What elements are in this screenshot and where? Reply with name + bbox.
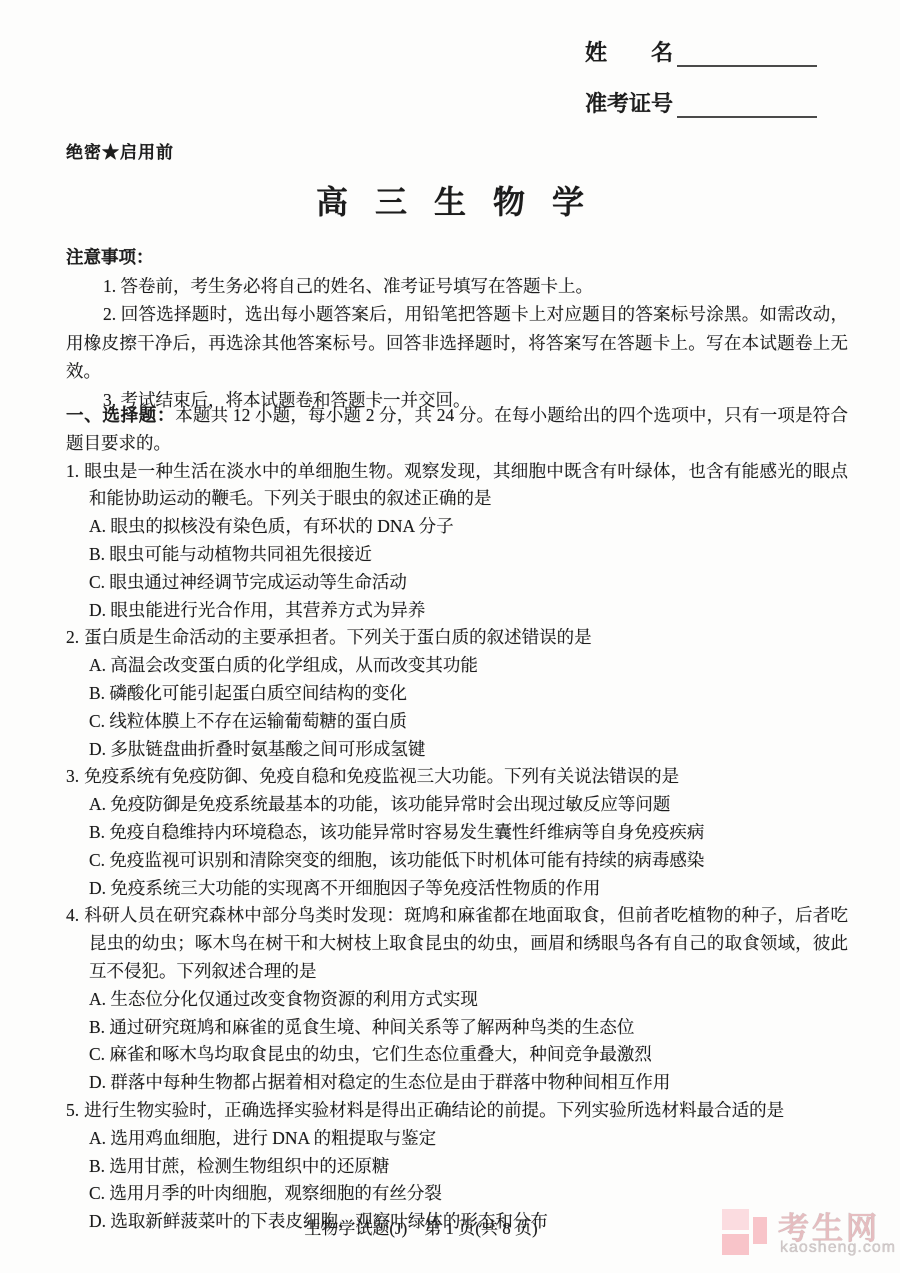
question-2: 2.蛋白质是生命活动的主要承担者。下列关于蛋白质的叙述错误的是 A. 高温会改变… [66, 624, 848, 763]
question-1-option-a: A. 眼虫的拟核没有染色质，有环状的 DNA 分子 [66, 513, 848, 541]
question-4-option-a: A. 生态位分化仅通过改变食物资源的利用方式实现 [66, 986, 848, 1014]
question-3-option-a: A. 免疫防御是免疫系统最基本的功能，该功能异常时会出现过敏反应等问题 [66, 791, 848, 819]
question-1-stem: 1.眼虫是一种生活在淡水中的单细胞生物。观察发现，其细胞中既含有叶绿体，也含有能… [66, 458, 848, 514]
question-4-number: 4. [66, 905, 79, 925]
logo-block-bottom [722, 1234, 749, 1255]
question-2-text: 蛋白质是生命活动的主要承担者。下列关于蛋白质的叙述错误的是 [84, 627, 592, 647]
questions-block: 一、选择题：本题共 12 小题，每小题 2 分，共 24 分。在每小题给出的四个… [66, 402, 848, 1236]
question-1-text: 眼虫是一种生活在淡水中的单细胞生物。观察发现，其细胞中既含有叶绿体，也含有能感光… [84, 461, 848, 509]
question-4-text: 科研人员在研究森林中部分鸟类时发现：斑鸠和麻雀都在地面取食，但前者吃植物的种子，… [84, 905, 848, 981]
question-1: 1.眼虫是一种生活在淡水中的单细胞生物。观察发现，其细胞中既含有叶绿体，也含有能… [66, 458, 848, 625]
question-4: 4.科研人员在研究森林中部分鸟类时发现：斑鸠和麻雀都在地面取食，但前者吃植物的种… [66, 902, 848, 1097]
section-heading: 一、选择题：本题共 12 小题，每小题 2 分，共 24 分。在每小题给出的四个… [66, 402, 848, 458]
question-3-stem: 3.免疫系统有免疫防御、免疫自稳和免疫监视三大功能。下列有关说法错误的是 [66, 763, 848, 791]
question-2-option-a: A. 高温会改变蛋白质的化学组成，从而改变其功能 [66, 652, 848, 680]
question-2-number: 2. [66, 627, 79, 647]
candidate-fields: 姓名 准考证号 [585, 36, 860, 138]
question-3-option-b: B. 免疫自稳维持内环境稳态，该功能异常时容易发生囊性纤维病等自身免疫疾病 [66, 819, 848, 847]
question-1-option-c: C. 眼虫通过神经调节完成运动等生命活动 [66, 569, 848, 597]
secrecy-notice: 绝密★启用前 [66, 138, 174, 163]
name-label: 姓名 [585, 36, 673, 67]
exam-id-label: 准考证号 [585, 87, 673, 118]
question-4-option-d: D. 群落中每种生物都占据着相对稳定的生态位是由于群落中物种间相互作用 [66, 1069, 848, 1097]
name-blank-line [677, 38, 817, 68]
instruction-item: 1. 答卷前，考生务必将自己的姓名、准考证号填写在答题卡上。 [66, 272, 848, 301]
kaosheng-watermark: 考生网 kaosheng.com [722, 1205, 892, 1261]
instructions-block: 注意事项： 1. 答卷前，考生务必将自己的姓名、准考证号填写在答题卡上。 2. … [66, 243, 848, 414]
question-5-option-a: A. 选用鸡血细胞，进行 DNA 的粗提取与鉴定 [66, 1125, 848, 1153]
logo-block-right [753, 1217, 767, 1244]
exam-paper-page: 姓名 准考证号 绝密★启用前 高三生物学 注意事项： 1. 答卷前，考生务必将自… [0, 0, 900, 1273]
question-4-option-b: B. 通过研究斑鸠和麻雀的觅食生境、种间关系等了解两种鸟类的生态位 [66, 1014, 848, 1042]
question-1-number: 1. [66, 461, 79, 481]
question-3-option-d: D. 免疫系统三大功能的实现离不开细胞因子等免疫活性物质的作用 [66, 875, 848, 903]
paper-title: 高三生物学 [0, 177, 900, 223]
question-5-text: 进行生物实验时，正确选择实验材料是得出正确结论的前提。下列实验所选材料最合适的是 [84, 1100, 784, 1120]
question-1-option-d: D. 眼虫能进行光合作用，其营养方式为异养 [66, 597, 848, 625]
question-2-option-d: D. 多肽链盘曲折叠时氨基酸之间可形成氢键 [66, 736, 848, 764]
watermark-site-url: kaosheng.com [780, 1239, 896, 1257]
question-5-stem: 5.进行生物实验时，正确选择实验材料是得出正确结论的前提。下列实验所选材料最合适… [66, 1097, 848, 1125]
logo-block-light [722, 1209, 749, 1230]
question-1-option-b: B. 眼虫可能与动植物共同祖先很接近 [66, 541, 848, 569]
instruction-item: 2. 回答选择题时，选出每小题答案后，用铅笔把答题卡上对应题目的答案标号涂黑。如… [66, 300, 848, 386]
question-2-stem: 2.蛋白质是生命活动的主要承担者。下列关于蛋白质的叙述错误的是 [66, 624, 848, 652]
kaosheng-logo-icon [722, 1209, 768, 1257]
question-4-option-c: C. 麻雀和啄木鸟均取食昆虫的幼虫，它们生态位重叠大，种间竞争最激烈 [66, 1041, 848, 1069]
question-3-option-c: C. 免疫监视可识别和清除突变的细胞，该功能低下时机体可能有持续的病毒感染 [66, 847, 848, 875]
exam-id-blank-line [677, 89, 817, 119]
question-2-option-c: C. 线粒体膜上不存在运输葡萄糖的蛋白质 [66, 708, 848, 736]
question-4-stem: 4.科研人员在研究森林中部分鸟类时发现：斑鸠和麻雀都在地面取食，但前者吃植物的种… [66, 902, 848, 985]
section-heading-desc: 本题共 12 小题，每小题 2 分，共 24 分。在每小题给出的四个选项中，只有… [66, 405, 848, 453]
question-2-option-b: B. 磷酸化可能引起蛋白质空间结构的变化 [66, 680, 848, 708]
question-3-number: 3. [66, 766, 79, 786]
question-5-option-c: C. 选用月季的叶肉细胞，观察细胞的有丝分裂 [66, 1180, 848, 1208]
page-number-label: 生物学试题(J) 第 1 页(共 8 页) [304, 1219, 537, 1238]
question-5-number: 5. [66, 1100, 79, 1120]
question-3-text: 免疫系统有免疫防御、免疫自稳和免疫监视三大功能。下列有关说法错误的是 [84, 766, 679, 786]
exam-id-field-row: 准考证号 [585, 87, 860, 118]
instructions-heading: 注意事项： [66, 243, 848, 272]
name-field-row: 姓名 [585, 36, 860, 67]
question-3: 3.免疫系统有免疫防御、免疫自稳和免疫监视三大功能。下列有关说法错误的是 A. … [66, 763, 848, 902]
section-heading-title: 一、选择题： [66, 405, 175, 425]
question-5-option-b: B. 选用甘蔗，检测生物组织中的还原糖 [66, 1153, 848, 1181]
